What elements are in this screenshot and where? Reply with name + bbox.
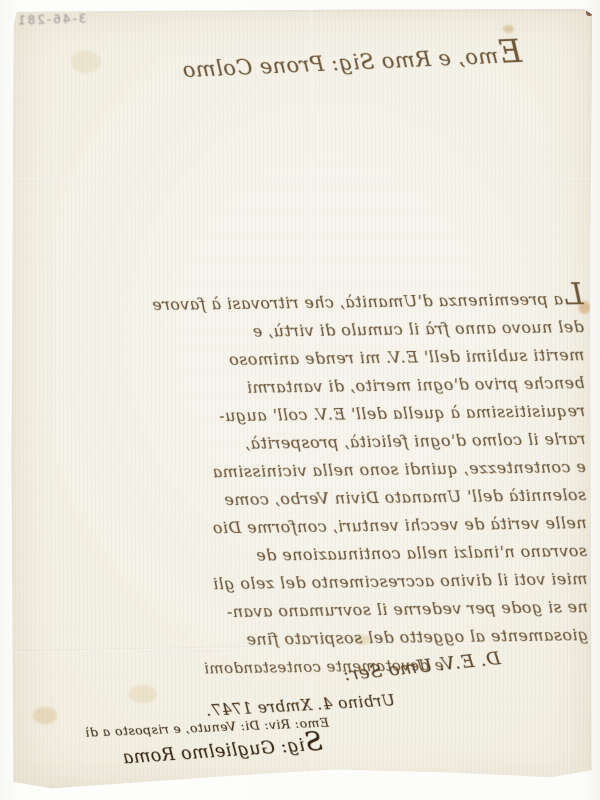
letter-paper: 3-46-281 Emo, e Rmo Sig: Prone Colmo La …: [11, 9, 592, 789]
salutation-line: Emo, e Rmo Sig: Prone Colmo: [115, 32, 522, 88]
scanner-background: 3-46-281 Emo, e Rmo Sig: Prone Colmo La …: [0, 0, 600, 800]
stain: [33, 707, 57, 724]
archival-number-text: 3-46-281: [16, 12, 87, 28]
salutation-text: Emo, e Rmo Sig: Prone Colmo: [115, 32, 522, 88]
ink-speck: [586, 9, 593, 16]
letter-body: La preeminenza d'Umanità, che ritrovasi …: [25, 281, 588, 685]
fold-crease-horizontal-top: [11, 177, 592, 179]
archival-number: 3-46-281: [16, 11, 128, 28]
stain: [71, 51, 101, 73]
stain: [129, 685, 157, 703]
